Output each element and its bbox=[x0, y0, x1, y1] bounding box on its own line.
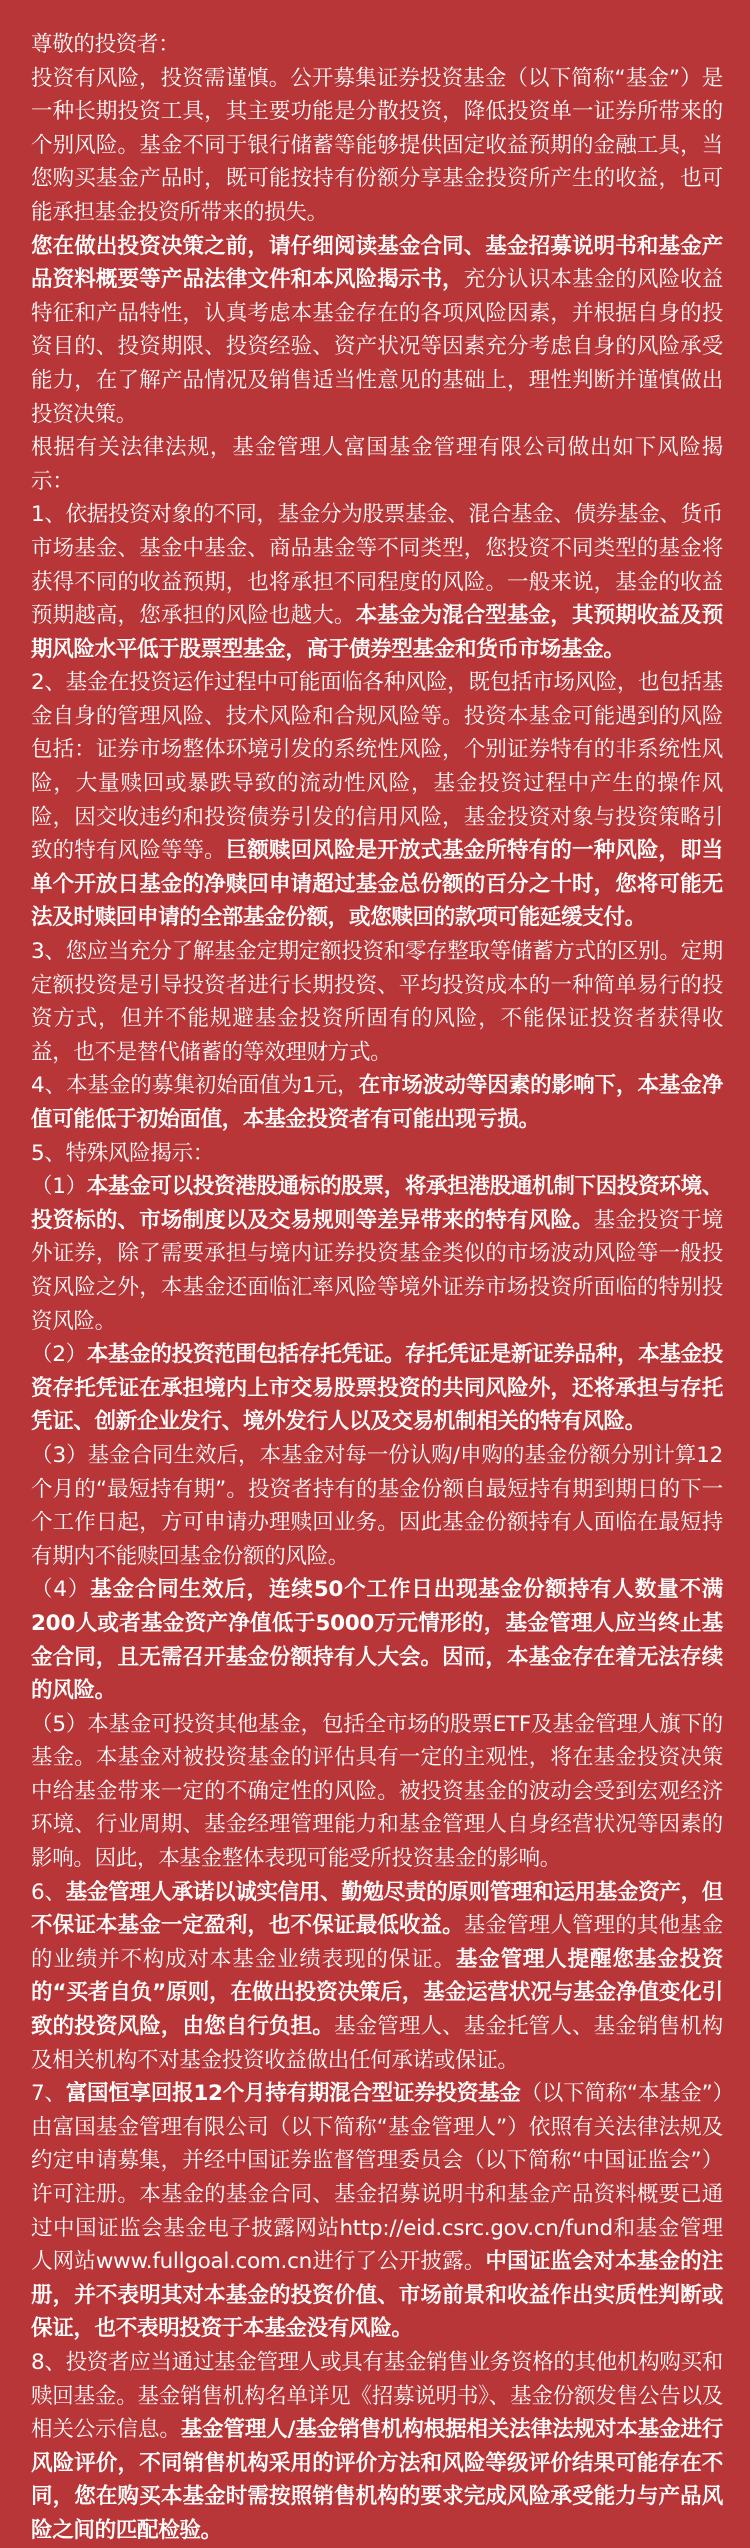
item-4-initial-value: 4、本基金的募集初始面值为1元，在市场波动等因素的影响下，本基金净值可能低于初始… bbox=[31, 1069, 723, 1136]
item-8-sales-channels: 8、投资者应当通过基金管理人或具有基金销售业务资格的其他机构购买和赎回基金。基金… bbox=[31, 2346, 723, 2480]
preface-paragraph: 根据有关法律法规，基金管理人富国基金管理有限公司做出如下风险揭示： bbox=[31, 431, 723, 498]
text-segment: （4） bbox=[31, 1577, 90, 1602]
text-segment: 4、本基金的募集初始面值为1元， bbox=[31, 1073, 359, 1098]
item-1-fund-types: 1、依据投资对象的不同，基金分为股票基金、混合基金、债券基金、货币市场基金、基金… bbox=[31, 498, 723, 666]
item-5-4-termination: （4）基金合同生效后，连续50个工作日出现基金份额持有人数量不满200人或者基金… bbox=[31, 1573, 723, 1707]
item-5-5-fund-of-funds: （5）本基金可投资其他基金，包括全市场的股票ETF及基金管理人旗下的基金。本基金… bbox=[31, 1708, 723, 1876]
item-6-manager-commitment: 6、基金管理人承诺以诚实信用、勤勉尽责的原则管理和运用基金资产，但不保证本基金一… bbox=[31, 1876, 723, 2078]
item-5-title: 5、特殊风险揭示： bbox=[31, 1137, 723, 1171]
text-segment: 7、 bbox=[31, 2081, 66, 2106]
text-segment: 6、 bbox=[31, 1880, 66, 1905]
text-segment: （1） bbox=[31, 1174, 87, 1199]
item-7-registration: 7、富国恒享回报12个月持有期混合型证券投资基金（以下简称“本基金”）由富国基金… bbox=[31, 2077, 723, 2346]
risk-disclosure-document: 尊敬的投资者： 投资有风险，投资需谨慎。公开募集证券投资基金（以下简称“基金”）… bbox=[31, 28, 723, 2480]
item-3-regular-investment: 3、您应当充分了解基金定期定额投资和零存整取等储蓄方式的区别。定期定额投资是引导… bbox=[31, 935, 723, 1069]
text-segment: （2） bbox=[31, 1342, 87, 1367]
greeting: 尊敬的投资者： bbox=[31, 28, 723, 62]
item-2-operation-risks: 2、基金在投资运作过程中可能面临各种风险，既包括市场风险，也包括基金自身的管理风… bbox=[31, 666, 723, 935]
item-5-2-depositary-receipts: （2）本基金的投资范围包括存托凭证。存托凭证是新证券品种，本基金投资存托凭证在承… bbox=[31, 1338, 723, 1439]
text-segment: 2、基金在投资运作过程中可能面临各种风险，既包括市场风险，也包括基金自身的管理风… bbox=[31, 670, 723, 863]
item-5-3-holding-period: （3）基金合同生效后，本基金对每一份认购/申购的基金份额分别计算12个月的“最短… bbox=[31, 1439, 723, 1573]
intro-paragraph: 投资有风险，投资需谨慎。公开募集证券投资基金（以下简称“基金”）是一种长期投资工… bbox=[31, 62, 723, 230]
text-segment: （3）基金合同生效后，本基金对每一份认购/申购的基金份额分别计算12个月的“最短… bbox=[31, 1443, 723, 1569]
text-segment: （以下简称“本基金”）由富国基金管理有限公司（以下简称“基金管理人”）依照有关法… bbox=[31, 2081, 723, 2274]
bold-text-segment: 富国恒享回报12个月持有期混合型证券投资基金 bbox=[66, 2081, 521, 2106]
text-segment: 投资有风险，投资需谨慎。公开募集证券投资基金（以下简称“基金”）是一种长期投资工… bbox=[31, 66, 723, 225]
advice-paragraph: 您在做出投资决策之前，请仔细阅读基金合同、基金招募说明书和基金产品资料概要等产品… bbox=[31, 230, 723, 432]
bold-text-segment: 本基金的投资范围包括存托凭证。存托凭证是新证券品种，本基金投资存托凭证在承担境内… bbox=[31, 1342, 723, 1434]
bold-text-segment: 基金合同生效后，连续50个工作日出现基金份额持有人数量不满200人或者基金资产净… bbox=[31, 1577, 723, 1703]
text-segment: （5）本基金可投资其他基金，包括全市场的股票ETF及基金管理人旗下的基金。本基金… bbox=[31, 1712, 723, 1871]
item-5-1-hk-connect: （1）本基金可以投资港股通标的股票，将承担港股通机制下因投资环境、投资标的、市场… bbox=[31, 1170, 723, 1338]
text-segment: 3、您应当充分了解基金定期定额投资和零存整取等储蓄方式的区别。定期定额投资是引导… bbox=[31, 939, 723, 1065]
